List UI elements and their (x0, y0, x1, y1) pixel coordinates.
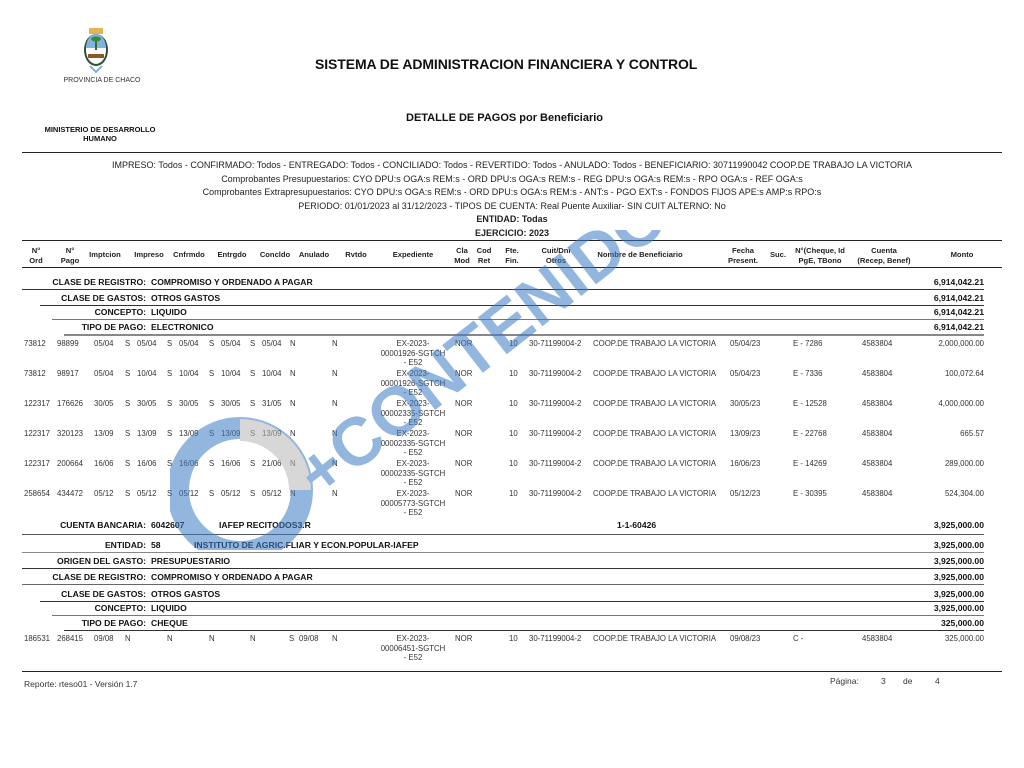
cell-entregado-fecha: 05/12 (221, 489, 241, 499)
report-filters: IMPRESO: Todos - CONFIRMADO: Todos - ENT… (22, 159, 1002, 241)
cuenta-bancaria-nombre: IAFEP RECITODOS3.R (219, 520, 311, 530)
cell-cuit: 30-71199004-2 (529, 489, 581, 499)
cell-cuit: 30-71199004-2 (529, 429, 581, 439)
group-row: CLASE DE REGISTRO:COMPROMISO Y ORDENADO … (0, 572, 984, 584)
group-underline (22, 289, 984, 290)
cell-entregado-flag: S (209, 459, 214, 469)
cell-entregado-fecha: 30/05 (221, 399, 241, 409)
cell-revertido: N (332, 634, 338, 644)
cell-imputacion: 30/05 (94, 399, 114, 409)
cell-conciliado-fecha: 05/04 (262, 339, 282, 349)
cell-revertido: N (332, 459, 338, 469)
ministry-line-2: HUMANO (30, 134, 170, 143)
cell-cheque: E - 7336 (793, 369, 822, 379)
ministry-line-1: MINISTERIO DE DESARROLLO (30, 125, 170, 134)
cell-cheque: E - 22768 (793, 429, 827, 439)
cell-nro-orden: 73812 (24, 369, 46, 379)
cell-cheque: E - 30395 (793, 489, 827, 499)
cell-anulado-fecha: 09/08 (299, 634, 319, 644)
cell-impreso-fecha: 30/05 (137, 399, 157, 409)
cell-confirmado-fecha: 10/04 (179, 369, 199, 379)
group-row: CLASE DE REGISTRO:COMPROMISO Y ORDENADO … (0, 277, 984, 289)
group-amount: 6,914,042.21 (934, 277, 984, 287)
report-title: DETALLE DE PAGOS por Beneficiario (406, 112, 603, 124)
cell-entregado-flag: S (209, 399, 214, 409)
cell-conciliado-flag: S (250, 489, 255, 499)
group-amount: 3,925,000.00 (934, 556, 984, 566)
cell-entregado-flag: S (209, 339, 214, 349)
cell-impreso-flag: N (125, 634, 131, 644)
cell-conciliado-flag: S (250, 339, 255, 349)
cell-nro-pago: 98917 (57, 369, 79, 379)
group-amount: 3,925,000.00 (934, 540, 984, 550)
group-underline (40, 601, 984, 602)
cell-imputacion: 09/08 (94, 634, 114, 644)
group-underline (52, 615, 984, 616)
cell-clase-modalidad: NOR (455, 429, 472, 439)
filter-line-3: Comprobantes Extrapresupuestarios: CYO D… (22, 186, 1002, 200)
group-label: CONCEPTO: (95, 307, 146, 317)
cell-monto: 4,000,000.00 (938, 399, 984, 409)
group-label: CLASE DE GASTOS: (61, 589, 146, 599)
cell-cuenta: 4583804 (862, 429, 892, 439)
group-label: CLASE DE REGISTRO: (52, 277, 146, 287)
group-underline (22, 552, 984, 553)
cell-cheque: E - 14269 (793, 459, 827, 469)
column-header-top-rule (22, 240, 1002, 241)
group-value: COMPROMISO Y ORDENADO A PAGAR (151, 277, 313, 287)
cell-conciliado-fecha: 31/05 (262, 399, 282, 409)
cell-impreso-flag: S (125, 369, 130, 379)
cell-clase-modalidad: NOR (455, 489, 472, 499)
cell-beneficiario: COOP.DE TRABAJO LA VICTORIA (593, 634, 716, 644)
cell-entregado-fecha: 16/06 (221, 459, 241, 469)
cell-entregado-fecha: 05/04 (221, 339, 241, 349)
cuenta-bancaria-row: CUENTA BANCARIA:6042607IAFEP RECITODOS3.… (0, 520, 984, 532)
cell-anulado: N (290, 459, 296, 469)
cell-expediente: EX-2023-00002335-SGTCH - E52 (380, 459, 446, 488)
group-value: OTROS GASTOS (151, 293, 220, 303)
cell-confirmado-flag: S (167, 489, 172, 499)
cell-clase-modalidad: NOR (455, 369, 472, 379)
cell-monto: 2,000,000.00 (938, 339, 984, 349)
cell-nro-orden: 122317 (24, 459, 50, 469)
column-header-bottom-rule (22, 267, 1002, 268)
group-underline (22, 568, 984, 569)
cell-nro-pago: 98899 (57, 339, 79, 349)
cell-entregado-flag: S (209, 429, 214, 439)
group-value: LIQUIDO (151, 307, 187, 317)
cell-impreso-fecha: 13/09 (137, 429, 157, 439)
cell-cuit: 30-71199004-2 (529, 399, 581, 409)
cell-nro-pago: 200664 (57, 459, 83, 469)
cell-anulado: N (290, 399, 296, 409)
cell-cuit: 30-71199004-2 (529, 339, 581, 349)
page-label: Página: (830, 676, 859, 686)
cell-confirmado-flag: N (167, 634, 173, 644)
cell-cheque: E - 12528 (793, 399, 827, 409)
cell-nro-orden: 73812 (24, 339, 46, 349)
cell-beneficiario: COOP.DE TRABAJO LA VICTORIA (593, 429, 716, 439)
page-separator: de (903, 676, 912, 686)
column-header-nombre: Nombre de Beneficiario (595, 250, 685, 260)
cell-confirmado-flag: S (167, 339, 172, 349)
cell-entregado-fecha: 13/09 (221, 429, 241, 439)
group-label: TIPO DE PAGO: (82, 322, 146, 332)
cell-confirmado-flag: S (167, 369, 172, 379)
column-header-line1: Nombre de Beneficiario (595, 250, 685, 260)
filter-line-2: Comprobantes Presupuestarios: CYO DPU:s … (22, 173, 1002, 187)
cell-conciliado-flag: S (250, 429, 255, 439)
group-row: ORIGEN DEL GASTO:PRESUPUESTARIO3,925,000… (0, 556, 984, 568)
cell-impreso-flag: S (125, 489, 130, 499)
group-underline (40, 305, 984, 306)
column-header-cuenta: Cuenta(Recep, Benef) (839, 246, 929, 265)
cell-entregado-flag: S (209, 489, 214, 499)
cell-fuente-financiamiento: 10 (509, 489, 518, 499)
cell-confirmado-flag: S (167, 429, 172, 439)
cell-expediente: EX-2023-00001926-SGTCH - E52 (380, 339, 446, 368)
cuenta-bancaria-underline (22, 534, 984, 535)
cell-conciliado-flag: S (250, 399, 255, 409)
cell-cuenta: 4583804 (862, 459, 892, 469)
cell-expediente: EX-2023-00005773-SGTCH - E52 (380, 489, 446, 518)
cell-conciliado-fecha: 05/12 (262, 489, 282, 499)
filter-ejercicio: EJERCICIO: 2023 (22, 227, 1002, 241)
group-underline (52, 319, 984, 320)
cell-cheque: E - 7286 (793, 339, 822, 349)
system-title: SISTEMA DE ADMINISTRACION FINANCIERA Y C… (315, 56, 697, 72)
cell-nro-orden: 122317 (24, 399, 50, 409)
cell-confirmado-fecha: 05/12 (179, 489, 199, 499)
group-row: TIPO DE PAGO:ELECTRONICO6,914,042.21 (0, 322, 984, 334)
cell-nro-pago: 320123 (57, 429, 83, 439)
group-amount: 6,914,042.21 (934, 307, 984, 317)
cell-cuenta: 4583804 (862, 339, 892, 349)
report-version: Reporte: rteso01 - Versión 1.7 (24, 679, 137, 689)
column-header-monto: Monto (917, 250, 1007, 260)
cell-confirmado-fecha: 13/09 (179, 429, 199, 439)
cell-cuit: 30-71199004-2 (529, 369, 581, 379)
group-amount: 325,000.00 (941, 618, 984, 628)
cell-imputacion: 16/06 (94, 459, 114, 469)
cell-fuente-financiamiento: 10 (509, 634, 518, 644)
cell-conciliado-fecha: 21/06 (262, 459, 282, 469)
group-row: CLASE DE GASTOS:OTROS GASTOS6,914,042.21 (0, 293, 984, 305)
cell-impreso-flag: S (125, 429, 130, 439)
page-current: 3 (881, 676, 886, 686)
group-label: CLASE DE REGISTRO: (52, 572, 146, 582)
group-row: ENTIDAD:58INSTITUTO DE AGRIC.FLIAR Y ECO… (0, 540, 984, 552)
cell-imputacion: 05/04 (94, 369, 114, 379)
cell-entregado-flag: S (209, 369, 214, 379)
column-header-line1: Cuenta (839, 246, 929, 256)
cell-beneficiario: COOP.DE TRABAJO LA VICTORIA (593, 399, 716, 409)
cell-impreso-fecha: 05/12 (137, 489, 157, 499)
group-row: CONCEPTO:LIQUIDO6,914,042.21 (0, 307, 984, 319)
filter-entidad: ENTIDAD: Todas (22, 213, 1002, 227)
cell-anulado: N (290, 339, 296, 349)
cell-fuente-financiamiento: 10 (509, 399, 518, 409)
group-underline (64, 630, 984, 631)
cell-cuenta: 4583804 (862, 369, 892, 379)
cell-imputacion: 05/12 (94, 489, 114, 499)
cell-nro-pago: 434472 (57, 489, 83, 499)
group-row: CLASE DE GASTOS:OTROS GASTOS3,925,000.00 (0, 589, 984, 601)
cell-revertido: N (332, 339, 338, 349)
group-underline (64, 334, 984, 336)
page-total: 4 (935, 676, 940, 686)
filter-line-4: PERIODO: 01/01/2023 al 31/12/2023 - TIPO… (22, 200, 1002, 214)
filter-line-1: IMPRESO: Todos - CONFIRMADO: Todos - ENT… (22, 159, 1002, 173)
cell-revertido: N (332, 369, 338, 379)
cell-conciliado-flag: S (250, 369, 255, 379)
cell-monto: 524,304.00 (945, 489, 984, 499)
group-value-description: INSTITUTO DE AGRIC.FLIAR Y ECON.POPULAR-… (194, 540, 419, 550)
cell-confirmado-fecha: 05/04 (179, 339, 199, 349)
cell-fuente-financiamiento: 10 (509, 339, 518, 349)
cuenta-bancaria-amount: 3,925,000.00 (934, 520, 984, 530)
group-row: TIPO DE PAGO:CHEQUE325,000.00 (0, 618, 984, 630)
group-label: TIPO DE PAGO: (82, 618, 146, 628)
cell-revertido: N (332, 429, 338, 439)
cell-imputacion: 05/04 (94, 339, 114, 349)
cell-cuenta: 4583804 (862, 489, 892, 499)
cell-revertido: N (332, 399, 338, 409)
header-divider (22, 152, 1002, 153)
cell-nro-pago: 176626 (57, 399, 83, 409)
cell-fecha-presentacion: 13/09/23 (730, 429, 760, 439)
group-value: PRESUPUESTARIO (151, 556, 230, 566)
cell-cuenta: 4583804 (862, 634, 892, 644)
cell-clase-modalidad: NOR (455, 634, 472, 644)
cell-beneficiario: COOP.DE TRABAJO LA VICTORIA (593, 459, 716, 469)
column-header-cuit: Cuit/DniOtros (511, 246, 601, 265)
cell-monto: 100,072.64 (945, 369, 984, 379)
cell-cuit: 30-71199004-2 (529, 459, 581, 469)
cell-expediente: EX-2023-00001926-SGTCH - E52 (380, 369, 446, 398)
cell-monto: 325,000.00 (945, 634, 984, 644)
province-name: PROVINCIA DE CHACO (62, 77, 142, 84)
cuenta-bancaria-label: CUENTA BANCARIA: (60, 520, 146, 530)
group-value: LIQUIDO (151, 603, 187, 613)
cell-fuente-financiamiento: 10 (509, 429, 518, 439)
cell-beneficiario: COOP.DE TRABAJO LA VICTORIA (593, 369, 716, 379)
cell-entregado-fecha: 10/04 (221, 369, 241, 379)
cell-nro-orden: 122317 (24, 429, 50, 439)
group-label: ORIGEN DEL GASTO: (57, 556, 146, 566)
cell-fuente-financiamiento: 10 (509, 369, 518, 379)
group-label: CONCEPTO: (95, 603, 146, 613)
column-header-line2: (Recep, Benef) (839, 256, 929, 266)
cell-nro-orden: 186531 (24, 634, 50, 644)
cell-revertido: N (332, 489, 338, 499)
cell-expediente: EX-2023-00006451-SGTCH - E52 (380, 634, 446, 663)
cell-confirmado-fecha: 30/05 (179, 399, 199, 409)
group-label: CLASE DE GASTOS: (61, 293, 146, 303)
cell-fecha-presentacion: 30/05/23 (730, 399, 760, 409)
cell-anulado-flag: S (289, 634, 294, 644)
group-amount: 3,925,000.00 (934, 589, 984, 599)
cell-confirmado-flag: S (167, 459, 172, 469)
cell-impreso-fecha: 16/06 (137, 459, 157, 469)
group-value: 58 (151, 540, 161, 550)
column-header-line1: Cuit/Dni (511, 246, 601, 256)
cell-nro-orden: 258654 (24, 489, 50, 499)
cell-fecha-presentacion: 09/08/23 (730, 634, 760, 644)
group-amount: 6,914,042.21 (934, 322, 984, 332)
cell-impreso-fecha: 10/04 (137, 369, 157, 379)
column-header-line1: Monto (917, 250, 1007, 260)
cell-fecha-presentacion: 16/06/23 (730, 459, 760, 469)
cell-confirmado-fecha: 16/06 (179, 459, 199, 469)
cell-cheque: C - (793, 634, 803, 644)
ministry-name: MINISTERIO DE DESARROLLO HUMANO (30, 125, 170, 143)
cell-impreso-flag: S (125, 459, 130, 469)
cell-anulado: N (290, 369, 296, 379)
group-label: ENTIDAD: (105, 540, 146, 550)
group-row: CONCEPTO:LIQUIDO3,925,000.00 (0, 603, 984, 615)
cell-conciliado-flag: S (250, 459, 255, 469)
cell-clase-modalidad: NOR (455, 399, 472, 409)
cell-impreso-flag: S (125, 399, 130, 409)
cell-nro-pago: 268415 (57, 634, 83, 644)
group-value: COMPROMISO Y ORDENADO A PAGAR (151, 572, 313, 582)
cell-cuenta: 4583804 (862, 399, 892, 409)
cell-monto: 665.57 (960, 429, 984, 439)
cell-monto: 289,000.00 (945, 459, 984, 469)
footer-divider (22, 671, 1002, 672)
cuenta-bancaria-numero: 6042607 (151, 520, 184, 530)
cell-conciliado-flag: N (250, 634, 256, 644)
province-coat-of-arms-icon (78, 26, 114, 76)
cell-confirmado-flag: S (167, 399, 172, 409)
group-amount: 3,925,000.00 (934, 603, 984, 613)
cell-clase-modalidad: NOR (455, 459, 472, 469)
cell-expediente: EX-2023-00002335-SGTCH - E52 (380, 399, 446, 428)
cell-beneficiario: COOP.DE TRABAJO LA VICTORIA (593, 339, 716, 349)
cell-expediente: EX-2023-00002335-SGTCH - E52 (380, 429, 446, 458)
group-value: CHEQUE (151, 618, 188, 628)
cell-fuente-financiamiento: 10 (509, 459, 518, 469)
cell-fecha-presentacion: 05/04/23 (730, 369, 760, 379)
cell-beneficiario: COOP.DE TRABAJO LA VICTORIA (593, 489, 716, 499)
cell-imputacion: 13/09 (94, 429, 114, 439)
group-value: ELECTRONICO (151, 322, 214, 332)
cell-anulado: N (290, 489, 296, 499)
cuenta-bancaria-codigo: 1-1-60426 (617, 520, 656, 530)
cell-anulado: N (290, 429, 296, 439)
cell-conciliado-fecha: 13/09 (262, 429, 282, 439)
group-underline (22, 584, 984, 585)
cell-impreso-fecha: 05/04 (137, 339, 157, 349)
cell-conciliado-fecha: 10/04 (262, 369, 282, 379)
group-amount: 6,914,042.21 (934, 293, 984, 303)
cell-fecha-presentacion: 05/12/23 (730, 489, 760, 499)
group-amount: 3,925,000.00 (934, 572, 984, 582)
cell-impreso-flag: S (125, 339, 130, 349)
cell-cuit: 30-71199004-2 (529, 634, 581, 644)
group-value: OTROS GASTOS (151, 589, 220, 599)
cell-fecha-presentacion: 05/04/23 (730, 339, 760, 349)
column-header-line2: Otros (511, 256, 601, 266)
cell-clase-modalidad: NOR (455, 339, 472, 349)
cell-entregado-flag: N (209, 634, 215, 644)
